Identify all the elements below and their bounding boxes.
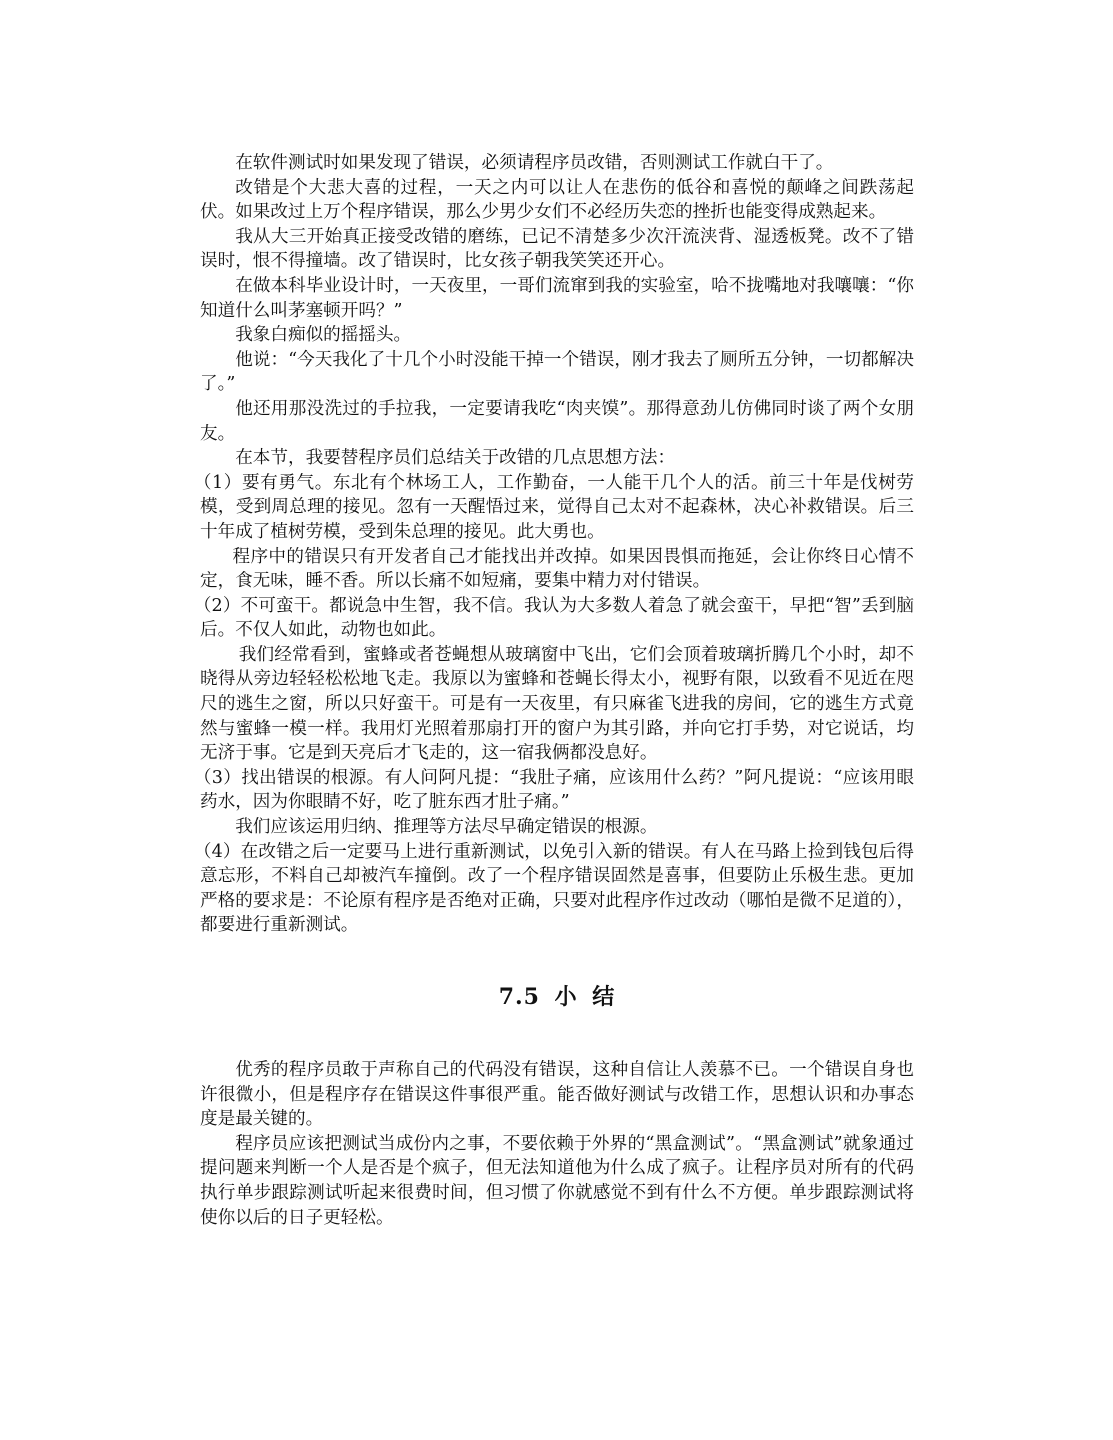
paragraph: 他还用那没洗过的手拉我，一定要请我吃“肉夹馍”。那得意劲儿仿佛同时谈了两个女朋友… [200, 397, 914, 446]
paragraph: 我们经常看到，蜜蜂或者苍蝇想从玻璃窗中飞出，它们会顶着玻璃折腾几个小时，却不晓得… [200, 643, 914, 766]
section-body-summary: 优秀的程序员敢于声称自己的代码没有错误，这种自信让人羡慕不已。一个错误自身也许很… [200, 1058, 914, 1230]
paragraph: 改错是个大悲大喜的过程，一天之内可以让人在悲伤的低谷和喜悦的颠峰之间跌荡起伏。如… [200, 176, 914, 225]
paragraph: 我们应该运用归纳、推理等方法尽早确定错误的根源。 [200, 815, 914, 840]
paragraph: 程序员应该把测试当成份内之事，不要依赖于外界的“黑盒测试”。“黑盒测试”就象通过… [200, 1132, 914, 1230]
list-item-paragraph: （4）在改错之后一定要马上进行重新测试，以免引入新的错误。有人在马路上捡到钱包后… [200, 840, 914, 938]
paragraph: 优秀的程序员敢于声称自己的代码没有错误，这种自信让人羡慕不已。一个错误自身也许很… [200, 1058, 914, 1132]
paragraph: 在做本科毕业设计时，一天夜里，一哥们流窜到我的实验室，哈不拢嘴地对我嚷嚷：“你知… [200, 274, 914, 323]
section-body-error-fixing: 在软件测试时如果发现了错误，必须请程序员改错，否则测试工作就白干了。 改错是个大… [200, 151, 914, 938]
section-heading: 7.5 小 结 [200, 982, 914, 1012]
paragraph: 在本节，我要替程序员们总结关于改错的几点思想方法： [200, 446, 914, 471]
paragraph: 我从大三开始真正接受改错的磨练，已记不清楚多少次汗流浃背、湿透板凳。改不了错误时… [200, 225, 914, 274]
paragraph: 我象白痴似的摇摇头。 [200, 323, 914, 348]
paragraph: 在软件测试时如果发现了错误，必须请程序员改错，否则测试工作就白干了。 [200, 151, 914, 176]
paragraph: 程序中的错误只有开发者自己才能找出并改掉。如果因畏惧而拖延，会让你终日心情不定，… [200, 545, 914, 594]
document-page: 在软件测试时如果发现了错误，必须请程序员改错，否则测试工作就白干了。 改错是个大… [200, 151, 914, 1230]
list-item-paragraph: （2）不可蛮干。都说急中生智，我不信。我认为大多数人着急了就会蛮干，早把“智”丢… [200, 594, 914, 643]
paragraph: 他说：“今天我化了十几个小时没能干掉一个错误，刚才我去了厕所五分钟，一切都解决了… [200, 348, 914, 397]
list-item-paragraph: （1）要有勇气。东北有个林场工人，工作勤奋，一人能干几个人的活。前三十年是伐树劳… [200, 471, 914, 545]
list-item-paragraph: （3）找出错误的根源。有人问阿凡提：“我肚子痛，应该用什么药？”阿凡提说：“应该… [200, 766, 914, 815]
